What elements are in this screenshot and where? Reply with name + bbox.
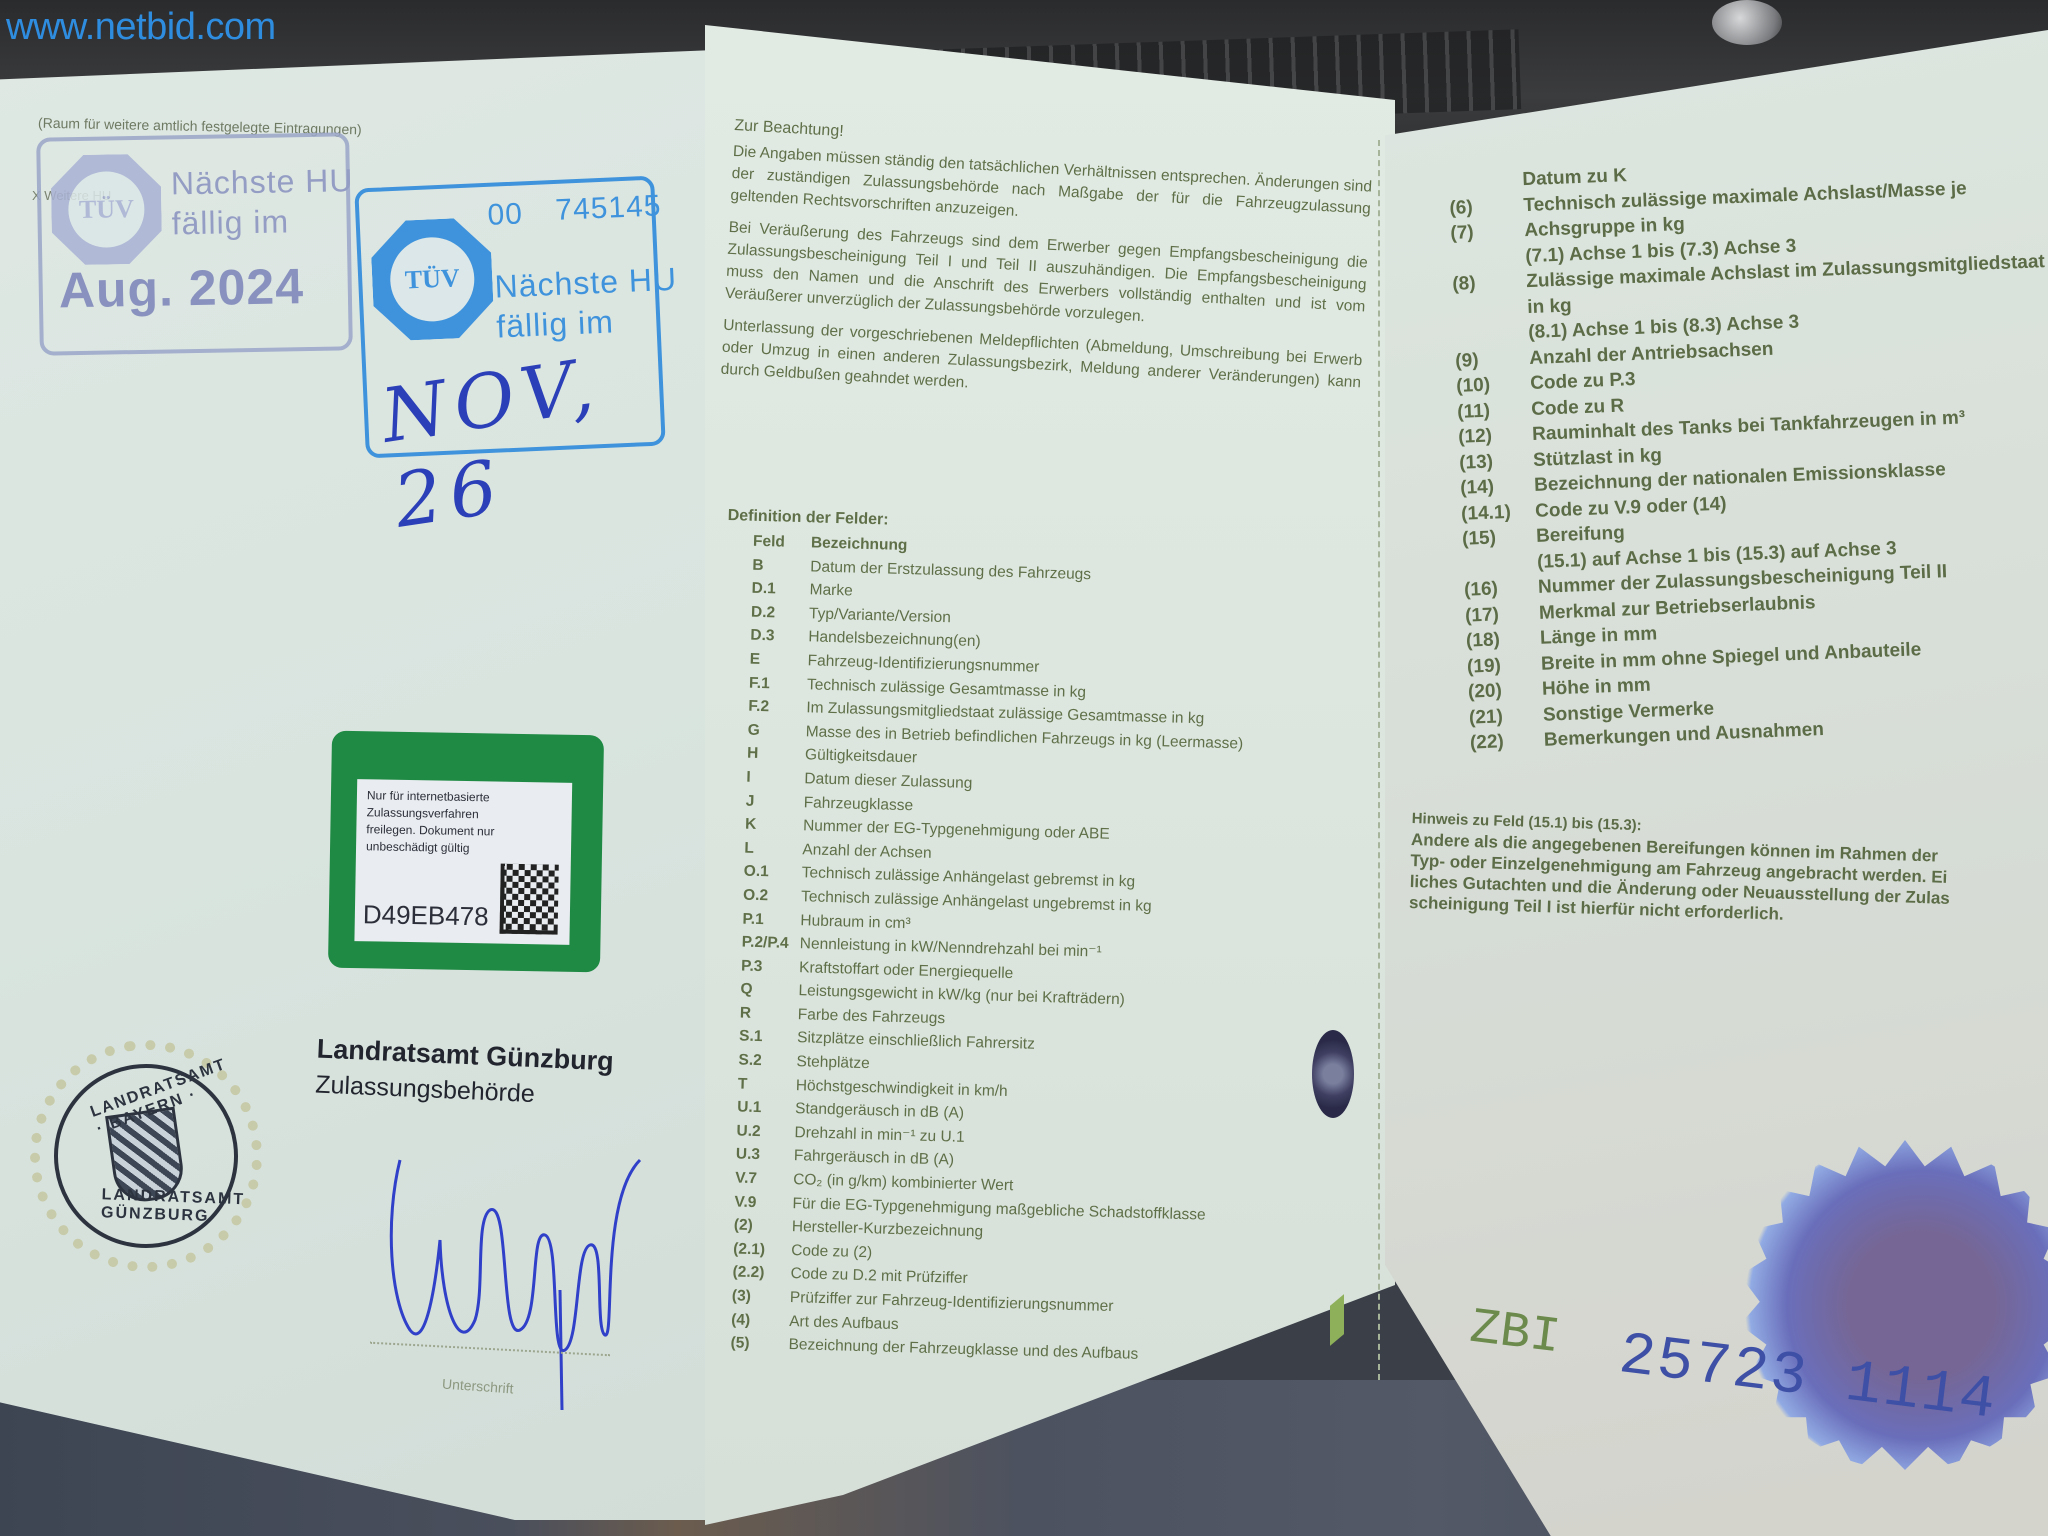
background-object bbox=[1712, 0, 1782, 45]
seal-ring-bottom: LANDRATSAMT GÜNZBURG bbox=[101, 1186, 246, 1227]
field-code: B bbox=[726, 553, 811, 579]
stamp-number: 745145 bbox=[555, 189, 662, 228]
field-definitions: Definition der Felder: Feld Bezeichnung … bbox=[704, 505, 1347, 1372]
field-code: (3) bbox=[706, 1284, 791, 1310]
field-code: (6) bbox=[1449, 193, 1524, 221]
field-description: in kg bbox=[1527, 293, 1572, 320]
field-code: (19) bbox=[1467, 651, 1542, 679]
field-description: Bereifung bbox=[1536, 520, 1626, 549]
inspection-stamp-current: TÜV 00 745145 Nächste HU fällig im NOV, … bbox=[354, 176, 665, 459]
stamp-due-label: fällig im bbox=[496, 303, 615, 345]
field-code: O.2 bbox=[717, 883, 802, 909]
tuv-logo-icon: TÜV bbox=[50, 154, 162, 266]
field-code: P.2/P.4 bbox=[715, 930, 800, 956]
field-code: (14.1) bbox=[1461, 498, 1536, 526]
stamp-prefix: 00 bbox=[487, 197, 524, 233]
sticker-card: Nur für internetbasierte Zulassungsverfa… bbox=[354, 779, 572, 945]
inspection-stamp-old: TÜV Nächste HU fällig im Aug. 2024 bbox=[36, 132, 353, 355]
document-prefix: ZBI bbox=[1467, 1300, 1563, 1368]
stamp-due-date: Aug. 2024 bbox=[58, 257, 304, 319]
field-code: (7) bbox=[1450, 218, 1525, 246]
field-code: (21) bbox=[1469, 702, 1544, 730]
field-code: U.2 bbox=[710, 1119, 795, 1145]
field-code: J bbox=[719, 788, 804, 814]
field-code: (20) bbox=[1468, 677, 1543, 705]
page-fold bbox=[1378, 140, 1380, 1380]
stamp-next-hu-label: Nächste HU bbox=[171, 162, 354, 202]
field-code: G bbox=[721, 718, 806, 744]
signature-icon bbox=[380, 1140, 660, 1420]
tuv-logo-icon: TÜV bbox=[370, 217, 495, 342]
field-code bbox=[1451, 244, 1526, 272]
field-code: F.1 bbox=[723, 670, 808, 696]
field-code: (10) bbox=[1456, 371, 1531, 399]
field-code bbox=[1448, 167, 1523, 195]
field-code: S.2 bbox=[712, 1048, 797, 1074]
field-code: (12) bbox=[1458, 422, 1533, 450]
field-code: K bbox=[719, 812, 804, 838]
sticker-instructions: Nur für internetbasierte Zulassungsverfa… bbox=[366, 787, 497, 857]
field-code bbox=[1454, 320, 1529, 348]
field-code bbox=[1453, 295, 1528, 323]
field-code: D.2 bbox=[725, 600, 810, 626]
field-code: F.2 bbox=[722, 694, 807, 720]
field-code: U.1 bbox=[711, 1095, 796, 1121]
field-code: Q bbox=[714, 977, 799, 1003]
field-code: U.3 bbox=[710, 1142, 795, 1168]
security-sticker: Nur für internetbasierte Zulassungsverfa… bbox=[328, 731, 604, 973]
field-code: V.9 bbox=[708, 1189, 793, 1215]
field-code: (14) bbox=[1460, 473, 1535, 501]
field-code: (11) bbox=[1457, 396, 1532, 424]
field-code: V.7 bbox=[709, 1166, 794, 1192]
field-description: Code zu R bbox=[1531, 393, 1625, 422]
definitions-list: BDatum der Erstzulassung des FahrzeugsD.… bbox=[704, 553, 1346, 1372]
field-code: (5) bbox=[704, 1331, 789, 1357]
field-code: D.3 bbox=[724, 623, 809, 649]
definitions-list-continued: Datum zu K(6)Technisch zulässige maximal… bbox=[1448, 145, 2048, 756]
issuing-authority: Landratsamt Günzburg Zulassungsbehörde bbox=[315, 1034, 615, 1113]
stamp-due-label: fällig im bbox=[171, 203, 289, 242]
field-code: I bbox=[720, 765, 805, 791]
field-code: E bbox=[723, 647, 808, 673]
field-code: (22) bbox=[1470, 728, 1545, 756]
datamatrix-code-icon bbox=[500, 864, 559, 935]
field-code: H bbox=[721, 741, 806, 767]
field-code: (8) bbox=[1452, 269, 1527, 297]
field-code: S.1 bbox=[713, 1024, 798, 1050]
field-code: (2.1) bbox=[707, 1237, 792, 1263]
field-code: (2) bbox=[708, 1213, 793, 1239]
field-code bbox=[1463, 549, 1538, 577]
field-code: O.1 bbox=[717, 859, 802, 885]
notice-section: Zur Beachtung! Die Angaben müssen ständi… bbox=[720, 115, 1374, 426]
field-code: P.3 bbox=[715, 954, 800, 980]
stamp-next-hu-label: Nächste HU bbox=[494, 261, 678, 306]
field-code: (15) bbox=[1462, 524, 1537, 552]
field-code: P.1 bbox=[716, 906, 801, 932]
field-code: (9) bbox=[1455, 346, 1530, 374]
field-code: (4) bbox=[705, 1307, 790, 1333]
hologram-icon bbox=[1312, 1030, 1354, 1118]
field-code: L bbox=[718, 836, 803, 862]
field-code: (18) bbox=[1466, 626, 1541, 654]
sticker-security-code: D49EB478 bbox=[363, 899, 489, 932]
field-code: (17) bbox=[1465, 600, 1540, 628]
field-code: (16) bbox=[1464, 575, 1539, 603]
field-code: (2.2) bbox=[706, 1260, 791, 1286]
field-code: T bbox=[712, 1071, 797, 1097]
field-code: R bbox=[713, 1001, 798, 1027]
watermark-link[interactable]: www.netbid.com bbox=[6, 6, 276, 49]
field-code: (13) bbox=[1459, 447, 1534, 475]
field-code: D.1 bbox=[725, 576, 810, 602]
